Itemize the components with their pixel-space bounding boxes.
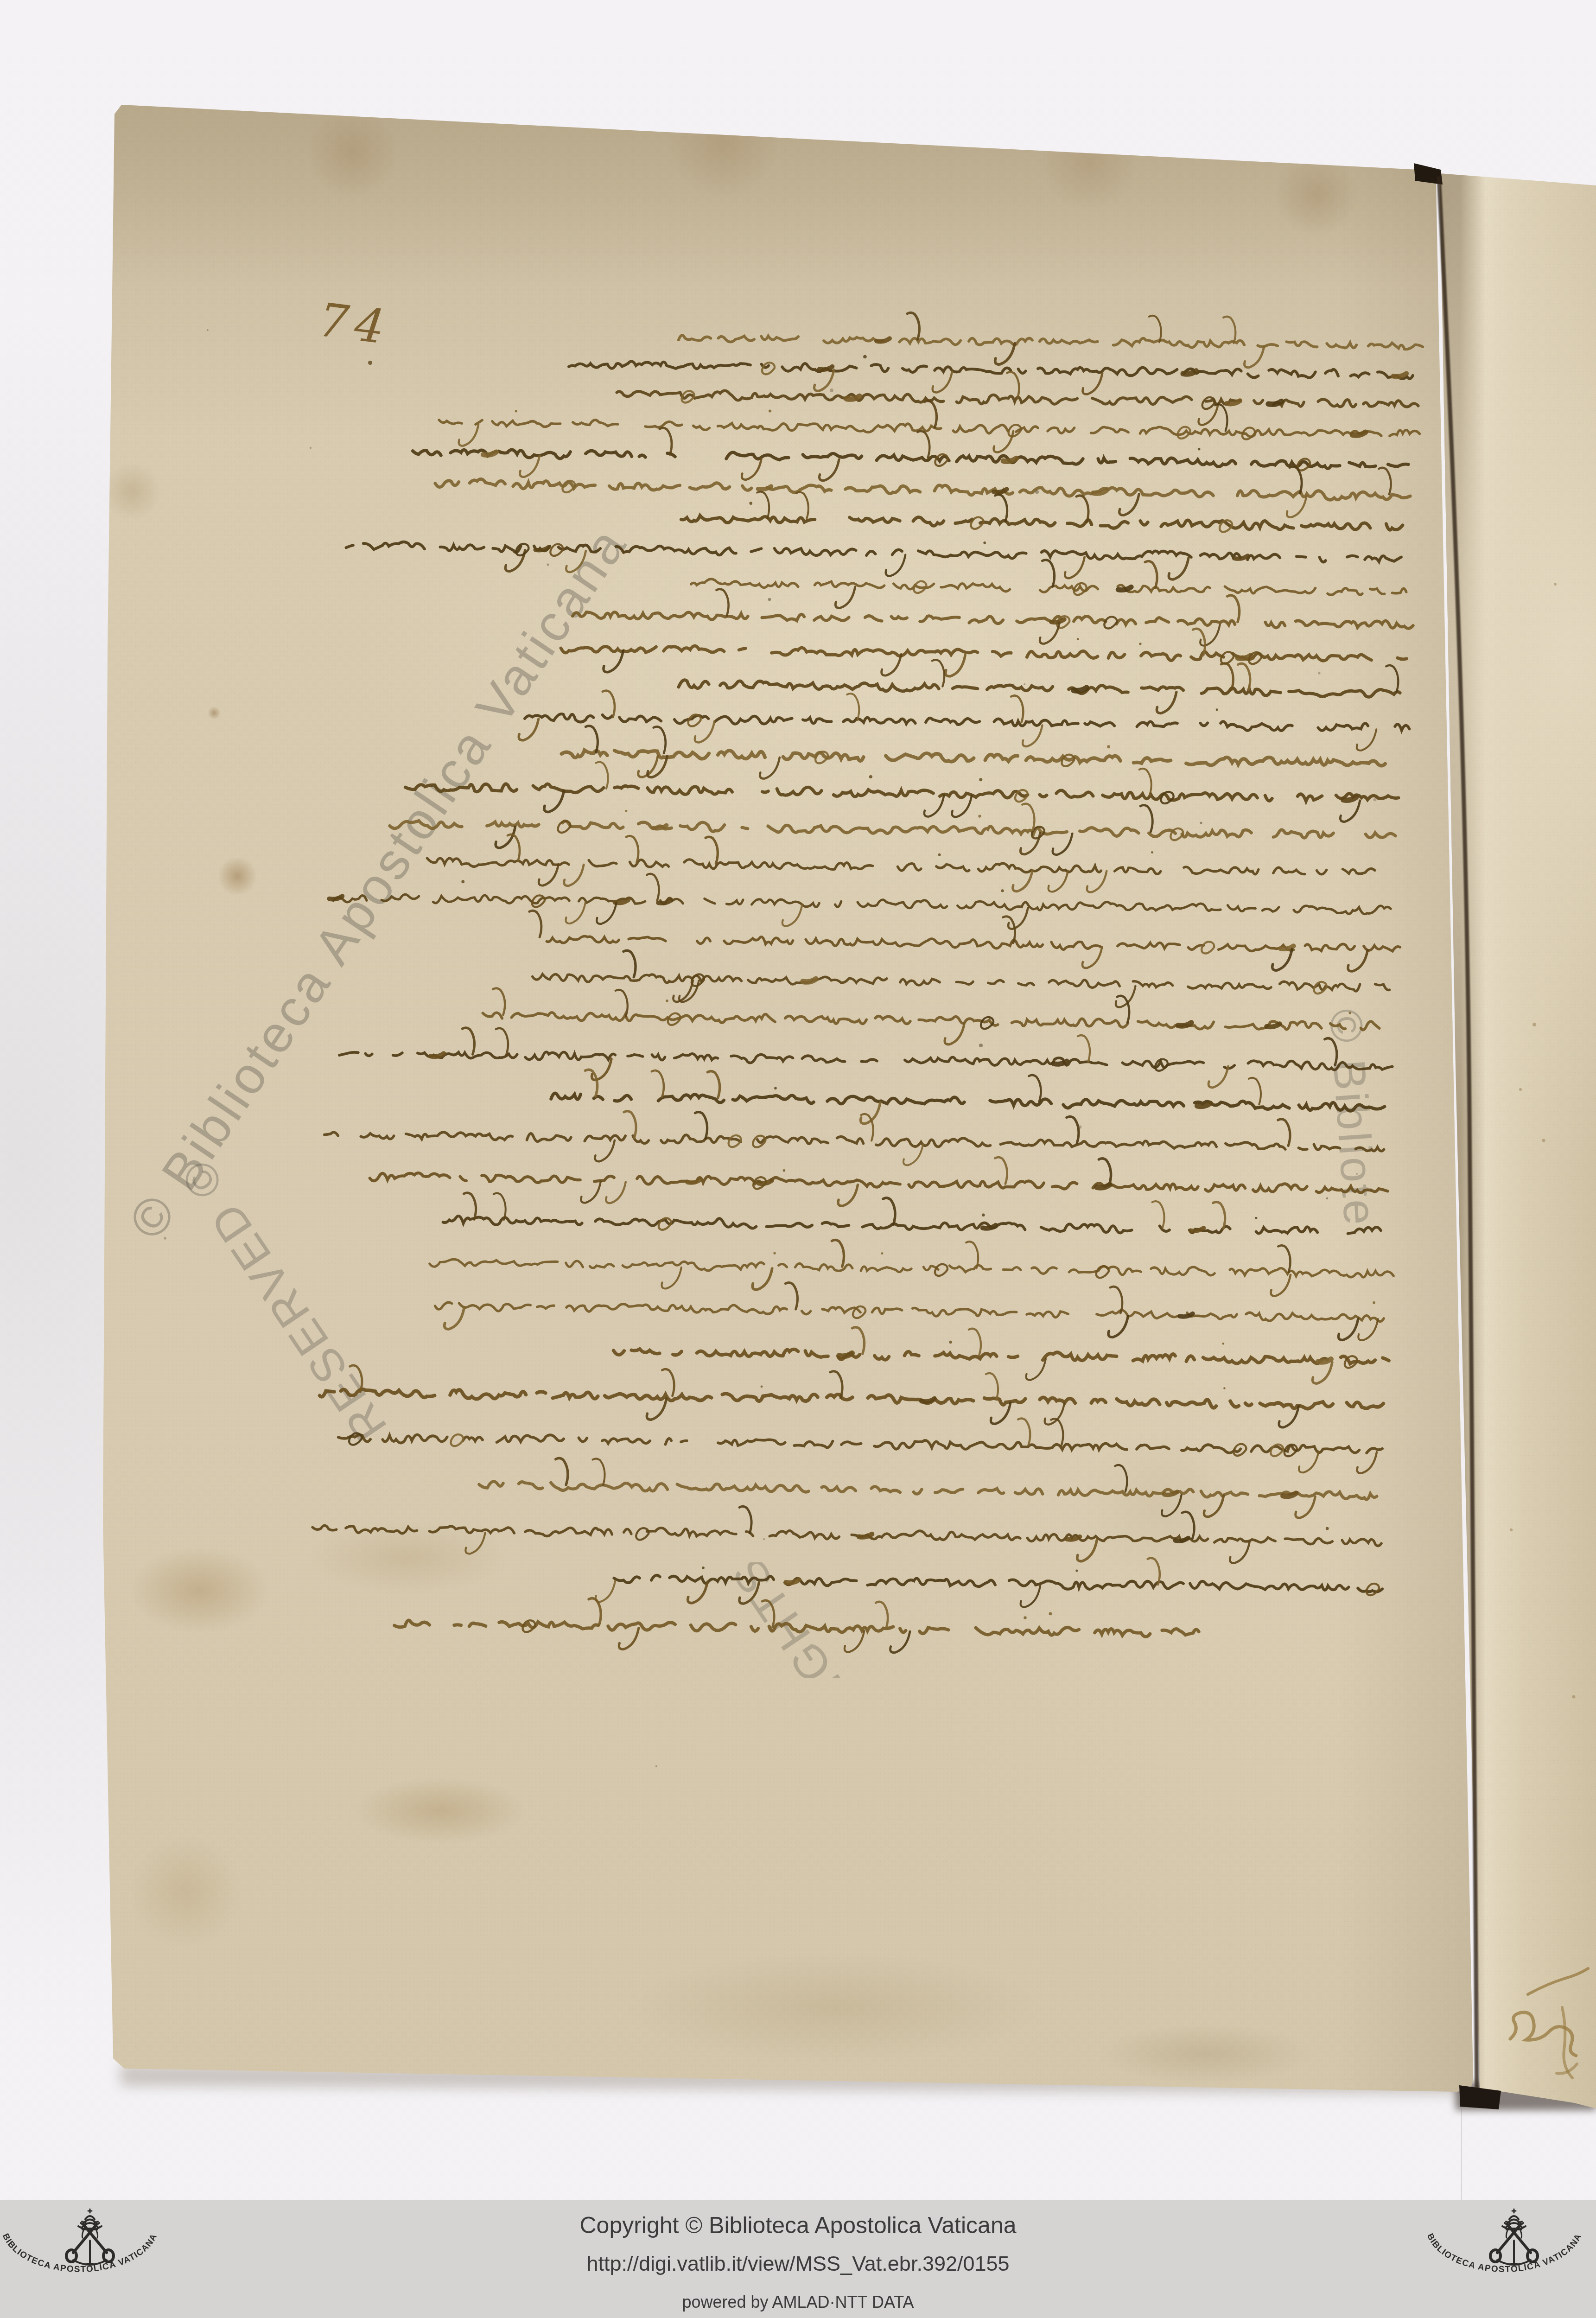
logo-arc-text: BIBLIOTECA APOSTOLICA VATICANA	[0, 2232, 159, 2274]
vatican-emblem-icon	[1490, 2209, 1538, 2265]
footer-copyright: Copyright © Biblioteca Apostolica Vatica…	[0, 2212, 1596, 2239]
footer-bar: Copyright © Biblioteca Apostolica Vatica…	[0, 2200, 1596, 2318]
vatican-logo-right: BIBLIOTECA APOSTOLICA VATICANA	[1428, 2200, 1596, 2318]
backdrop-seam	[1461, 2108, 1462, 2201]
page-gap-shadow	[0, 0, 1596, 2318]
svg-text:BIBLIOTECA APOSTOLICA VATICANA: BIBLIOTECA APOSTOLICA VATICANA	[1428, 2232, 1583, 2274]
svg-text:BIBLIOTECA APOSTOLICA VATICANA: BIBLIOTECA APOSTOLICA VATICANA	[0, 2232, 159, 2274]
footer-powered-by: powered by AMLAD·NTT DATA	[0, 2293, 1596, 2312]
vatican-logo-left: BIBLIOTECA APOSTOLICA VATICANA	[0, 2200, 181, 2318]
manuscript-scan-viewport: © Biblioteca Apostolica Vaticana RESERVE…	[0, 0, 1596, 2318]
logo-arc-text: BIBLIOTECA APOSTOLICA VATICANA	[1428, 2232, 1583, 2274]
footer-url: http://digi.vatlib.it/view/MSS_Vat.ebr.3…	[0, 2252, 1596, 2276]
vatican-emblem-icon	[66, 2209, 114, 2265]
